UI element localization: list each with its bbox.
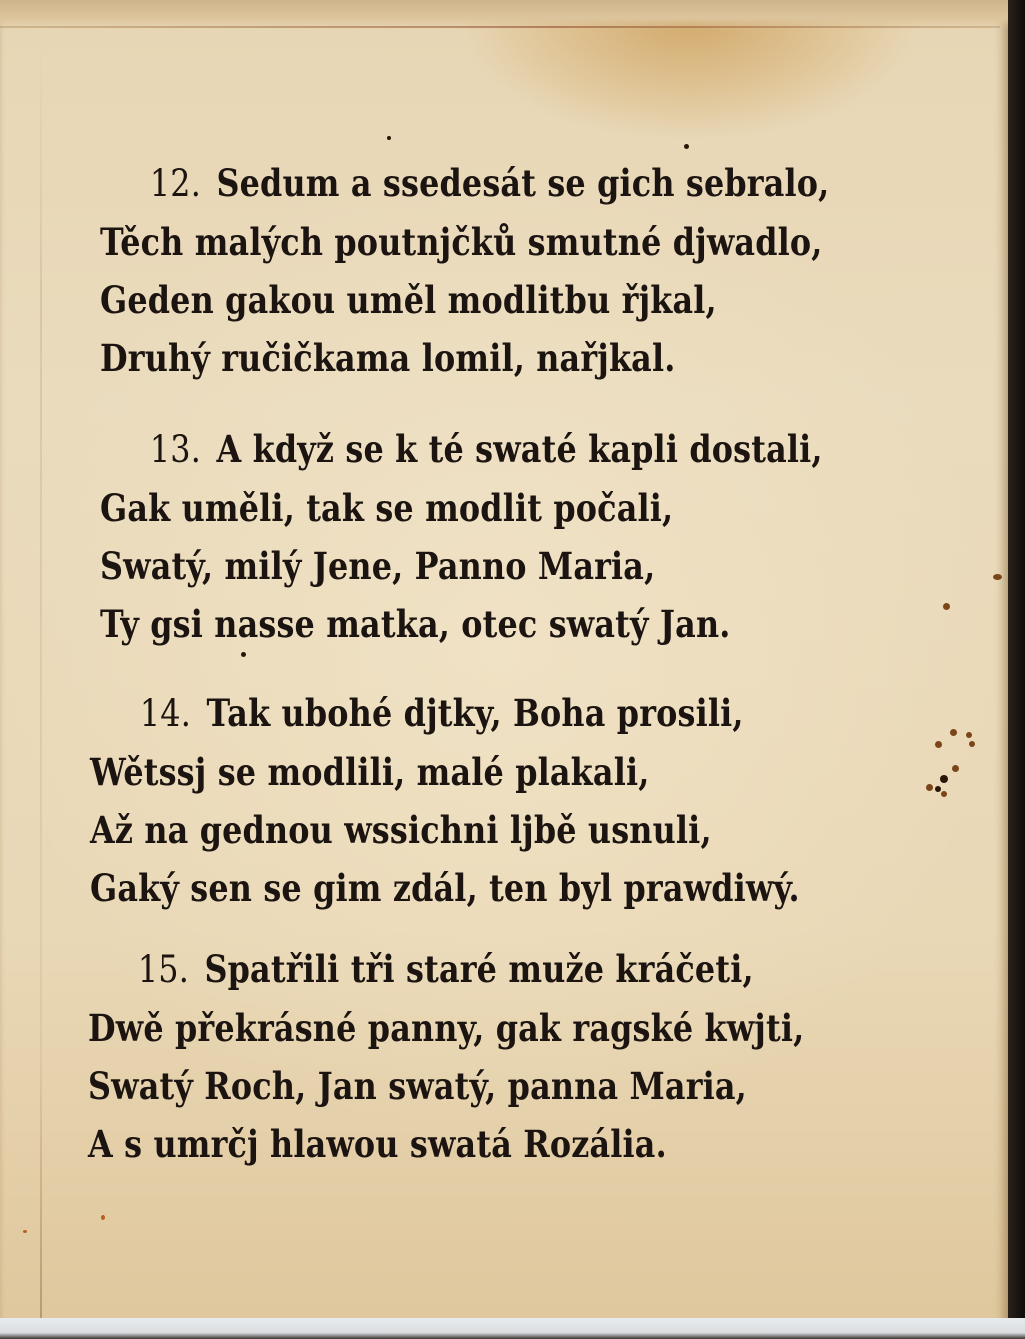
verse-line: Těch malých poutnjčků smutné djwadlo, (100, 213, 754, 271)
foxing-spot (101, 1215, 105, 1220)
verse-number: 13. (150, 428, 201, 471)
foxing-spot (993, 574, 1002, 580)
foxing-spot (969, 741, 975, 747)
foxing-spot (926, 784, 933, 791)
foxing-spot (684, 144, 689, 149)
verse-line: Dwě překrásné panny, gak ragské kwjti, (88, 999, 742, 1057)
verse-number: 15. (138, 948, 189, 991)
verse-15: 15.Spatřili tři staré muže kráčeti, Dwě … (88, 940, 848, 1173)
verse-line: Gaký sen se gim zdál, ten byl prawdiwý. (90, 859, 744, 917)
foxing-spot (940, 775, 948, 783)
verse-line: Ty gsi nasse matka, otec swatý Jan. (100, 595, 754, 653)
verse-line: Swatý, milý Jene, Panno Maria, (100, 537, 754, 595)
verse-line: 12.Sedum a ssedesát se gich sebralo, (100, 154, 754, 213)
foxing-spot (950, 729, 957, 736)
paper-page: 12.Sedum a ssedesát se gich sebralo, Těc… (0, 0, 1008, 1328)
foxing-spot (935, 786, 941, 792)
verse-14: 14.Tak ubohé djtky, Boha prosili, Wětssj… (90, 684, 850, 917)
foxing-spot (966, 732, 972, 738)
verse-number: 14. (140, 692, 191, 735)
foxing-spot (387, 136, 391, 140)
verse-line: Geden gakou uměl modlitbu řjkal, (100, 271, 754, 329)
verse-12: 12.Sedum a ssedesát se gich sebralo, Těc… (100, 154, 860, 387)
verse-line: 15.Spatřili tři staré muže kráčeti, (88, 940, 742, 999)
verse-13: 13.A když se k té swaté kapli dostali, G… (100, 420, 860, 653)
verse-line: A s umrčj hlawou swatá Rozália. (88, 1115, 742, 1173)
verse-line: 14.Tak ubohé djtky, Boha prosili, (90, 684, 744, 743)
foxing-spot (935, 741, 942, 748)
foxing-spot (943, 603, 950, 610)
verse-number: 12. (150, 162, 201, 205)
foxing-spot (952, 765, 959, 772)
scan-background-right (1008, 0, 1025, 1318)
verse-line: Swatý Roch, Jan swatý, panna Maria, (88, 1057, 742, 1115)
verse-line: Gak uměli, tak se modlit počali, (100, 479, 754, 537)
verse-line: Wětssj se modlili, malé plakali, (90, 743, 744, 801)
verse-line: Druhý ručičkama lomil, nařjkal. (100, 329, 754, 387)
scan-background-bottom (0, 1318, 1025, 1339)
verse-line: 13.A když se k té swaté kapli dostali, (100, 420, 754, 479)
fold-crease (0, 26, 1000, 28)
verse-line: Až na gednou wssichni ljbě usnuli, (90, 801, 744, 859)
left-fold-crease (40, 40, 42, 1320)
foxing-spot (941, 791, 947, 797)
foxing-spot (23, 1230, 27, 1233)
